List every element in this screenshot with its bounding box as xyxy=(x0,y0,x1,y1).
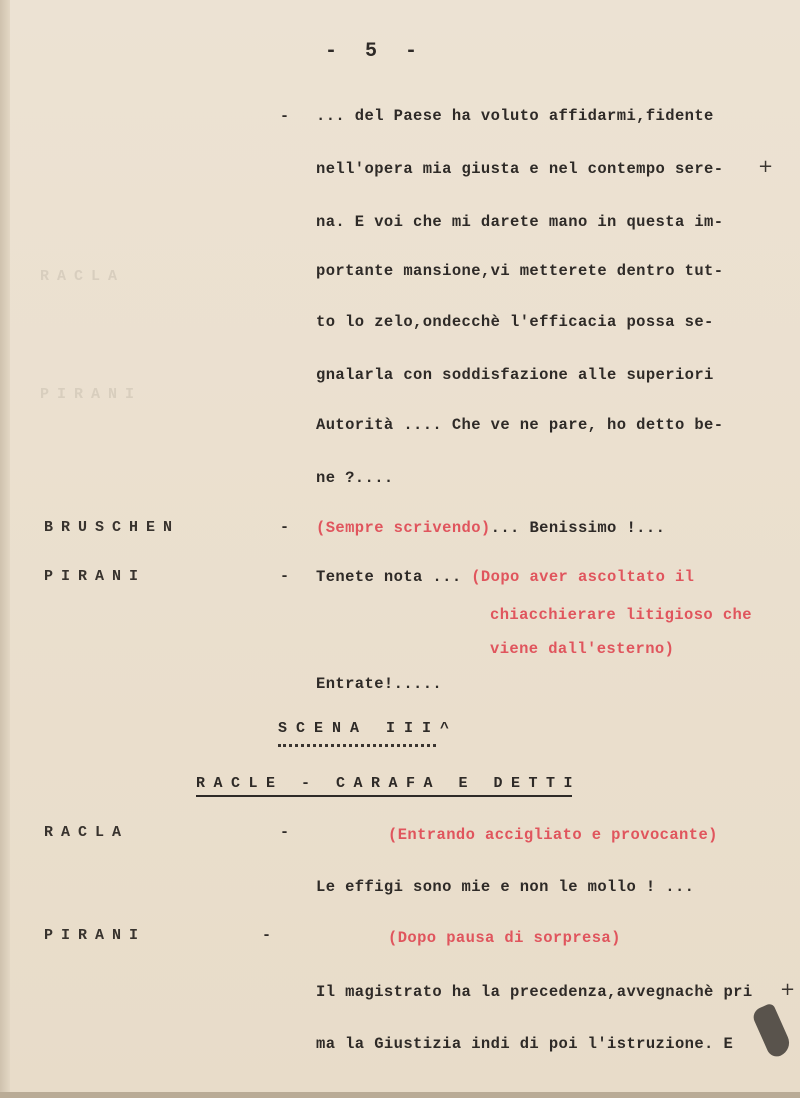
speaker-name: RACLA xyxy=(44,824,129,841)
stage-direction: chiacchierare litigioso che xyxy=(490,606,752,624)
scene-cast-underline xyxy=(196,795,572,797)
text-line: na. E voi che mi darete mano in questa i… xyxy=(316,213,723,231)
text-line: to lo zelo,ondecchè l'efficacia possa se… xyxy=(316,313,714,331)
stage-direction: (Entrando accigliato e provocante) xyxy=(388,826,718,844)
speech-dash: - xyxy=(280,108,289,125)
margin-plus-mark: + xyxy=(758,156,773,177)
dialogue-text: ... Benissimo !... xyxy=(491,519,666,537)
typewritten-page: RACLA PIRANI - 5 - - ... del Paese ha vo… xyxy=(0,0,800,1098)
dialogue-text: ma la Giustizia indi di poi l'istruzione… xyxy=(316,1035,733,1053)
ink-smudge xyxy=(750,1002,793,1059)
text-line: ... del Paese ha voluto affidarmi,fident… xyxy=(316,107,714,125)
stage-direction: viene dall'esterno) xyxy=(490,640,674,658)
scene-cast: RACLE - CARAFA E DETTI xyxy=(196,775,581,792)
text-line: ne ?.... xyxy=(316,469,394,487)
dialogue-line: (Sempre scrivendo)... Benissimo !... xyxy=(316,519,665,537)
stage-direction: (Sempre scrivendo) xyxy=(316,519,491,537)
bleed-through-name: RACLA xyxy=(40,268,125,285)
page-number: - 5 - xyxy=(325,40,425,63)
dialogue-text: Entrate!..... xyxy=(316,675,442,693)
dialogue-text: Tenete nota ... xyxy=(316,568,471,586)
speech-dash: - xyxy=(280,568,289,585)
speaker-name: PIRANI xyxy=(44,568,146,585)
speaker-name: BRUSCHEN xyxy=(44,519,180,536)
dialogue-text: Il magistrato ha la precedenza,avvegnach… xyxy=(316,983,753,1001)
bleed-through-name: PIRANI xyxy=(40,386,142,403)
speech-dash: - xyxy=(262,927,271,944)
dialogue-text: Le effigi sono mie e non le mollo ! ... xyxy=(316,878,694,896)
text-line: nell'opera mia giusta e nel contempo ser… xyxy=(316,160,723,178)
margin-plus-mark: + xyxy=(780,979,795,1000)
text-line: gnalarla con soddisfazione alle superior… xyxy=(316,366,714,384)
stage-direction: (Dopo aver ascoltato il xyxy=(471,568,694,586)
text-line: Autorità .... Che ve ne pare, ho detto b… xyxy=(316,416,723,434)
speech-dash: - xyxy=(280,824,289,841)
stage-direction: (Dopo pausa di sorpresa) xyxy=(388,929,621,947)
speaker-name: PIRANI xyxy=(44,927,146,944)
scene-title-underline xyxy=(278,744,436,747)
dialogue-line: Tenete nota ... (Dopo aver ascoltato il xyxy=(316,568,694,586)
speech-dash: - xyxy=(280,519,289,536)
text-line: portante mansione,vi metterete dentro tu… xyxy=(316,262,723,280)
scene-title: SCENA III^ xyxy=(278,720,458,737)
